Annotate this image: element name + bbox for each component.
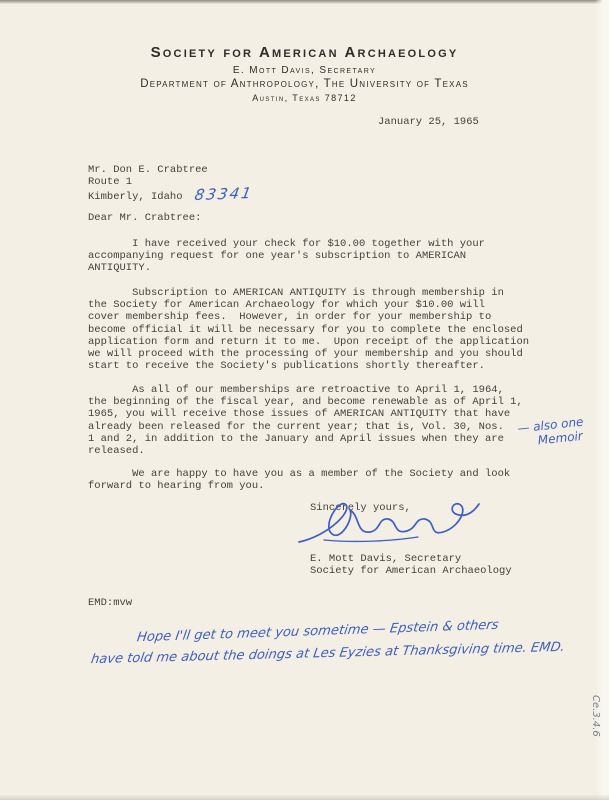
handwritten-zip-code: 83341: [193, 187, 253, 201]
reference-initials: EMD:mvw: [88, 597, 132, 609]
salutation: Dear Mr. Crabtree:: [88, 212, 201, 224]
letterhead: Society for American Archaeology E. Mott…: [0, 44, 609, 103]
body-paragraph-1: I have received your check for $10.00 to…: [88, 238, 485, 275]
letterhead-organization: Society for American Archaeology: [0, 44, 609, 61]
letterhead-city-line: Austin, Texas 78712: [0, 93, 609, 103]
recipient-address-block: Mr. Don E. Crabtree Route 1 Kimberly, Id…: [88, 164, 252, 204]
body-paragraph-4: We are happy to have you as a member of …: [88, 468, 510, 492]
paper-top-edge: [0, 0, 609, 4]
recipient-city: Kimberly, Idaho: [88, 191, 183, 203]
letterhead-secretary-line: E. Mott Davis, Secretary: [0, 65, 609, 76]
signer-name: E. Mott Davis, Secretary: [310, 553, 512, 565]
body-paragraph-2: Subscription to AMERICAN ANTIQUITY is th…: [88, 287, 529, 372]
signer-organization: Society for American Archaeology: [310, 565, 512, 577]
paper-bottom-edge: [0, 794, 609, 800]
paper-right-edge: [595, 0, 609, 800]
letterhead-department-line: Department of Anthropology, The Universi…: [0, 78, 609, 90]
recipient-name: Mr. Don E. Crabtree: [88, 164, 252, 176]
signature-autograph: [296, 494, 482, 552]
handwritten-postscript-line-1: Hope I'll get to meet you sometime — Eps…: [136, 618, 500, 646]
recipient-address2: Kimberly, Idaho83341: [88, 188, 252, 203]
body-paragraph-3: As all of our memberships are retroactiv…: [88, 384, 523, 457]
letter-page: Society for American Archaeology E. Mott…: [0, 0, 609, 800]
edge-catalog-note: Ce.3.4.6: [590, 695, 601, 737]
signature-block: E. Mott Davis, Secretary Society for Ame…: [310, 553, 512, 577]
handwritten-margin-note: — also one Memoir: [517, 415, 586, 450]
date-line: January 25, 1965: [378, 116, 479, 128]
